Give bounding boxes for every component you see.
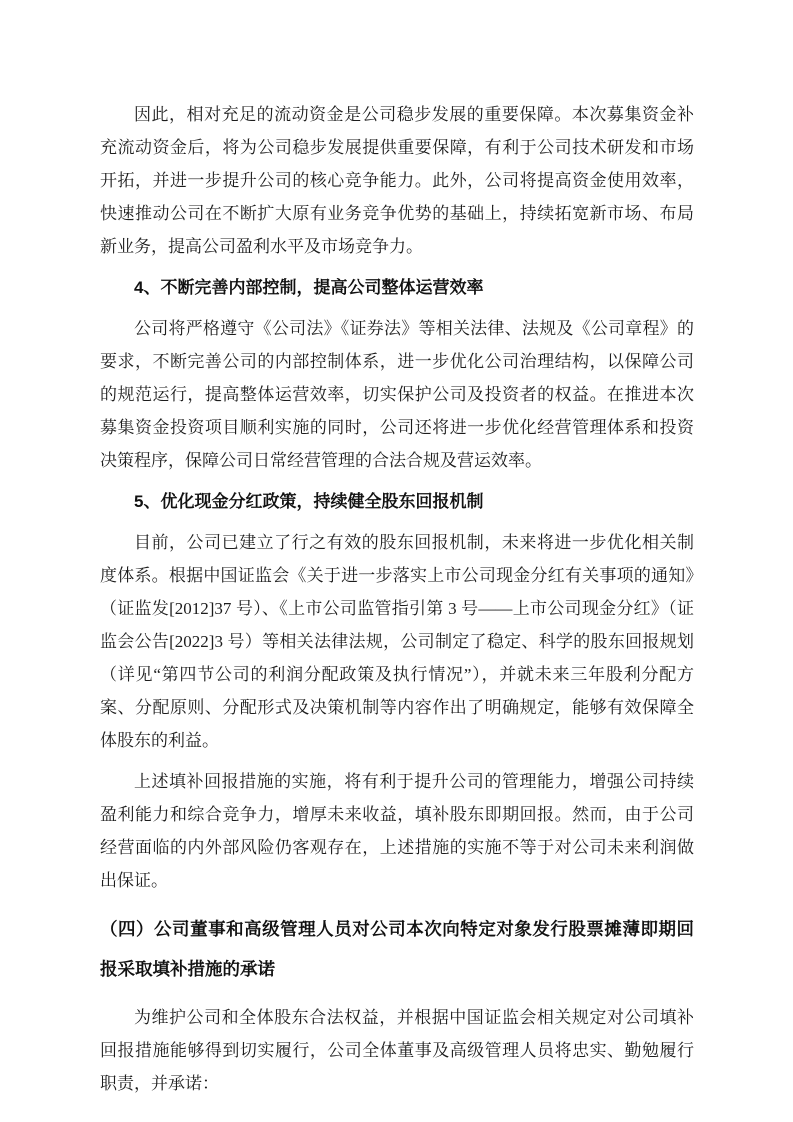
paragraph-shareholder-return-plan: 目前，公司已建立了行之有效的股东回报机制，未来将进一步优化相关制度体系。根据中国… — [100, 526, 694, 757]
document-page: 因此，相对充足的流动资金是公司稳步发展的重要保障。本次募集资金补充流动资金后，将… — [0, 0, 793, 1122]
heading-section-4-commitments: （四）公司董事和高级管理人员对公司本次向特定对象发行股票摊薄即期回报采取填补措施… — [100, 909, 694, 989]
document-text-area: 因此，相对充足的流动资金是公司稳步发展的重要保障。本次募集资金补充流动资金后，将… — [100, 98, 694, 1100]
paragraph-internal-control: 公司将严格遵守《公司法》《证券法》等相关法律、法规及《公司章程》的要求，不断完善… — [100, 312, 694, 477]
paragraph-directors-commitment-intro: 为维护公司和全体股东合法权益，并根据中国证监会相关规定对公司填补回报措施能够得到… — [100, 1001, 694, 1100]
heading-5-cash-dividend-policy: 5、优化现金分红政策，持续健全股东回报机制 — [100, 485, 694, 518]
heading-4-internal-control: 4、不断完善内部控制，提高公司整体运营效率 — [100, 271, 694, 304]
paragraph-liquidity-guarantee: 因此，相对充足的流动资金是公司稳步发展的重要保障。本次募集资金补充流动资金后，将… — [100, 98, 694, 263]
paragraph-measures-effect-disclaimer: 上述填补回报措施的实施，将有利于提升公司的管理能力，增强公司持续盈利能力和综合竞… — [100, 765, 694, 897]
